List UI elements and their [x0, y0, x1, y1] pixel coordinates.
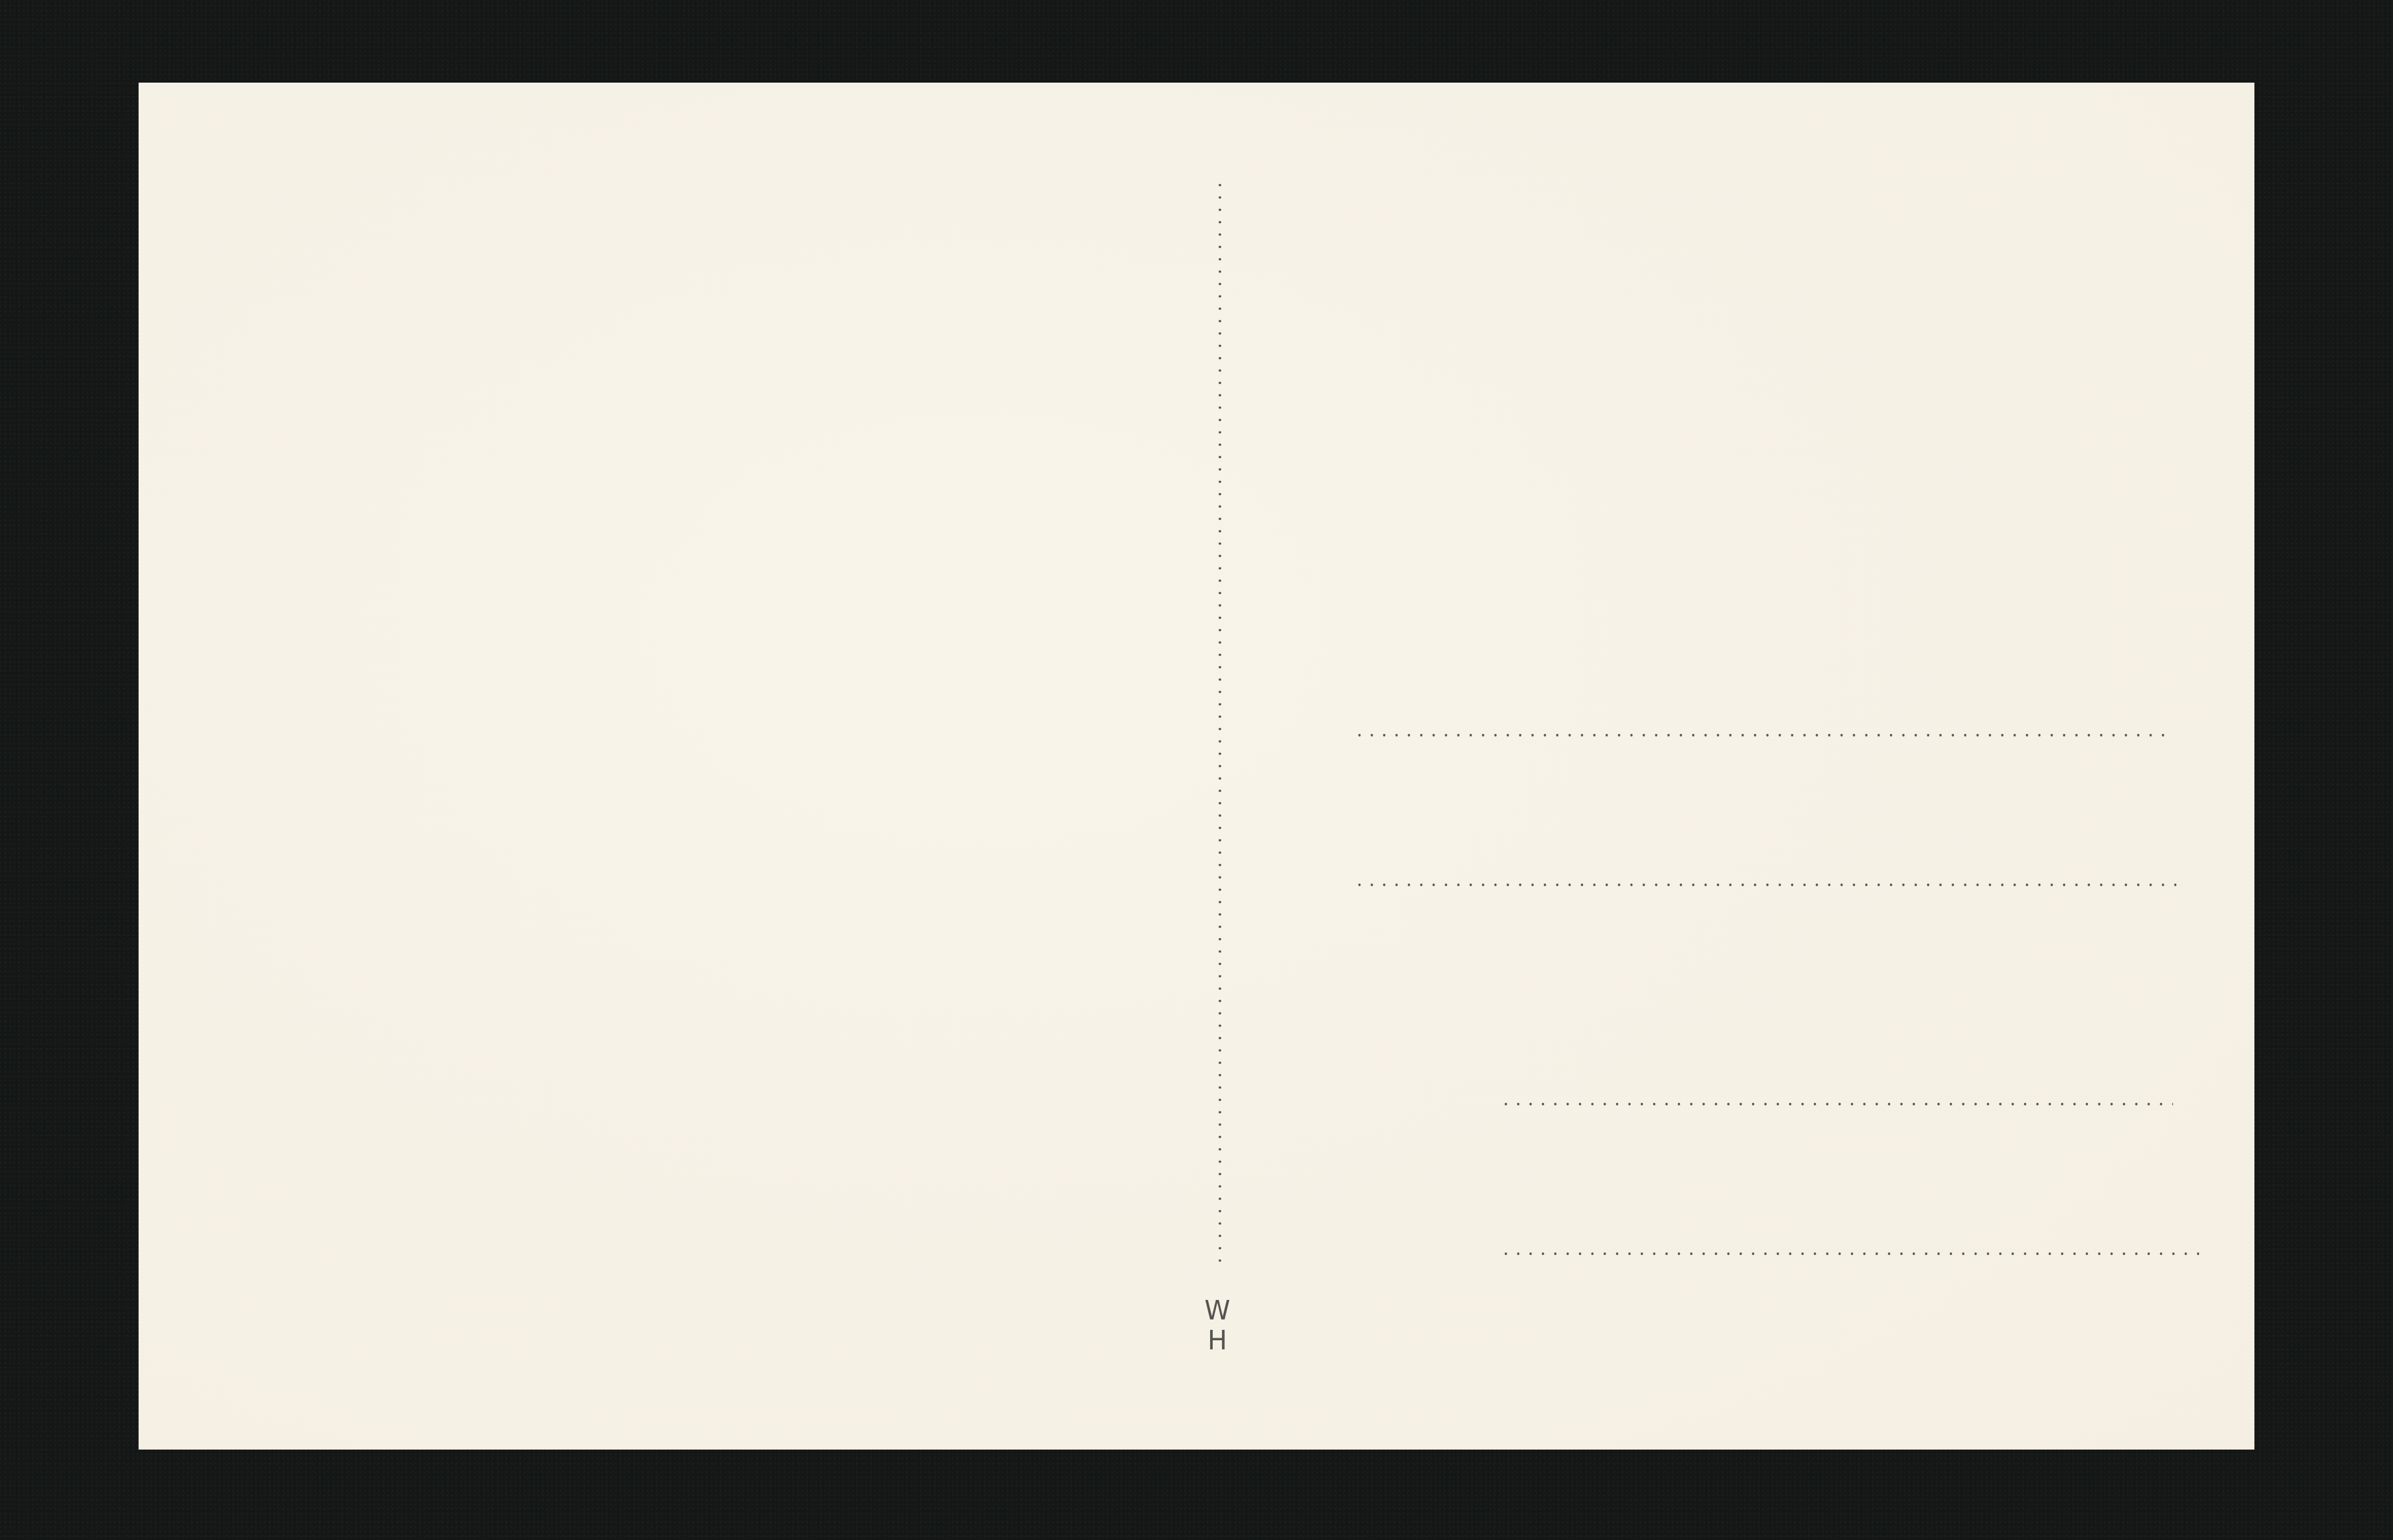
divider-dotted-line: [1219, 179, 1221, 1262]
address-line-3: [1500, 1103, 2173, 1105]
address-line-2: [1353, 884, 2176, 886]
printer-mark: W H: [1186, 1296, 1258, 1356]
address-line-1: [1353, 734, 2173, 736]
postcard-back: W H: [139, 83, 2254, 1450]
address-line-4: [1500, 1252, 2199, 1255]
